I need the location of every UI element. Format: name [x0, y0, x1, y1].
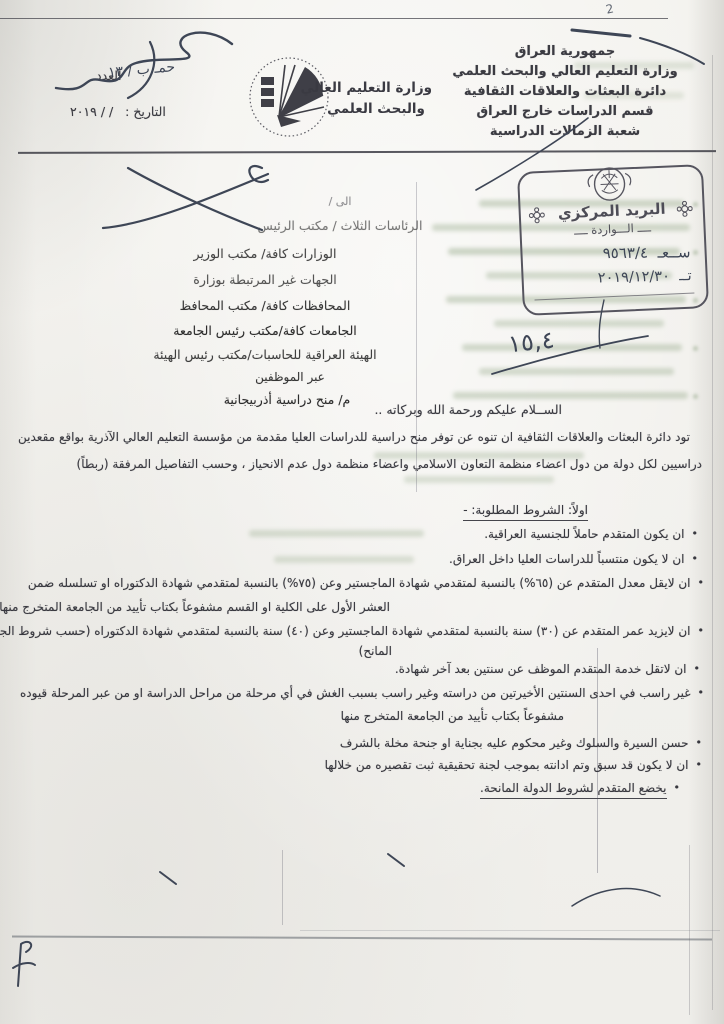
pen-dash — [388, 854, 404, 866]
requirement-item: يخضع المتقدم لشروط الدولة المانحة. — [480, 781, 680, 795]
pen-dash — [160, 872, 176, 884]
crossout-scrawl — [249, 166, 268, 182]
logo-wordmark-line1: وزارة التعليم العالي — [320, 78, 432, 99]
distribution-line: عبر الموظفين — [115, 370, 465, 384]
letterhead-country: جمهورية العراق — [430, 42, 700, 62]
crease-line — [300, 930, 720, 931]
pen-mark-f — [13, 942, 35, 986]
stamp-date-value: ٢٠١٩/١٢/٣٠ — [598, 269, 670, 287]
requirement-item: غير راسب في احدى السنتين الأخيرتين من در… — [20, 686, 704, 700]
requirement-item: ان يكون المتقدم حاملاً للجنسية العراقية. — [484, 527, 698, 541]
letterhead-section: قسم الدراسات خارج العراق — [430, 102, 700, 122]
date-label: التاريخ : — [125, 104, 166, 119]
requirements-heading: اولاً: الشروط المطلوبة: - — [463, 503, 588, 517]
letterhead-division: شعبة الزمالات الدراسية — [430, 122, 700, 142]
requirement-item: ان لا يكون منتسباً للدراسات العليا داخل … — [449, 552, 698, 566]
postal-stamp: البريد المركزي ــــ الـــواردة ــــ ســع… — [517, 164, 709, 316]
stamp-date-handwritten: تــ ٢٠١٩/١٢/٣٠ — [533, 268, 691, 288]
requirement-item: ان لايقل معدل المتقدم عن (٦٥%) بالنسبة ل… — [28, 576, 704, 590]
bleed-through-artifact — [494, 320, 664, 327]
bleed-through-artifact — [249, 530, 424, 537]
bleed-through-artifact — [693, 346, 698, 351]
letterhead-block: جمهورية العراق وزارة التعليم العالي والب… — [430, 42, 700, 142]
stamp-emblem-icon — [587, 163, 633, 205]
stamp-date-prefix: تــ — [679, 268, 692, 284]
fold-line — [282, 850, 283, 925]
bleed-through-artifact — [479, 368, 674, 375]
bleed-through-artifact — [693, 394, 698, 399]
pen-dash — [572, 30, 630, 36]
recipient-line: الوزارات كافة/ مكتب الوزير — [90, 246, 440, 261]
stamp-number-handwritten: ســعـ ٩٥٦٣/٤ — [536, 243, 690, 262]
requirement-item-continuation: العشر الأول على الكلية او القسم مشفوعاً … — [0, 600, 390, 614]
stamp-number-value: ٩٥٦٣/٤ — [603, 244, 648, 262]
requirement-item: ان لاتقل خدمة المتقدم الموظف عن سنتين بع… — [395, 662, 700, 676]
requirement-item: ان لايزيد عمر المتقدم عن (٣٠) سنة بالنسب… — [0, 624, 704, 638]
date-row: التاريخ : / / ٢٠١٩ — [70, 104, 166, 119]
reference-mark-handwritten: ١٥,٤ — [507, 326, 556, 359]
recipient-line: الجهات غير المرتبطة بوزارة — [90, 272, 440, 287]
date-value: / / ٢٠١٩ — [70, 104, 113, 119]
recipient-line: الهيئة العراقية للحاسبات/مكتب رئيس الهيئ… — [90, 347, 440, 362]
requirement-item-continuation: مشفوعاً بكتاب تأييد من الجامعة المتخرج م… — [341, 709, 564, 723]
greeting-line: الســلام عليكم ورحمة الله وبركاته .. — [374, 402, 562, 417]
requirement-item-continuation: المانح) — [359, 644, 392, 658]
scan-edge-line — [0, 18, 668, 19]
paper-edge-line — [712, 55, 713, 1010]
recipient-line: الرئاسات الثلاث / مكتب الرئيس — [160, 218, 520, 233]
letterhead-department: دائرة البعثات والعلاقات الثقافية — [430, 82, 700, 102]
recipient-line: المحافظات كافة/ مكتب المحافظ — [90, 298, 440, 313]
letterhead-ministry: وزارة التعليم العالي والبحث العلمي — [430, 62, 700, 82]
logo-wordmark: وزارة التعليم العالي والبحث العلمي — [320, 78, 432, 120]
pen-arc — [572, 889, 660, 906]
requirement-item: ان لا يكون قد سبق وتم ادانته بموجب لجنة … — [325, 758, 702, 772]
crease-line — [12, 935, 712, 940]
requirement-item: حسن السيرة والسلوك وغير محكوم عليه بجناي… — [340, 736, 702, 750]
recipient-line: الجامعات كافة/مكتب رئيس الجامعة — [90, 323, 440, 338]
bleed-through-artifact — [462, 344, 682, 351]
scanned-letter-page: جمهورية العراق وزارة التعليم العالي والب… — [0, 0, 724, 1024]
bleed-through-artifact — [453, 392, 688, 399]
to-label: الى / — [160, 195, 520, 208]
stamp-number-prefix: ســعـ — [657, 243, 690, 261]
bleed-through-artifact — [274, 556, 414, 563]
stamp-footer-line — [535, 293, 695, 301]
header-divider-rule — [18, 150, 716, 154]
corner-mark: 2 — [605, 1, 615, 16]
number-handwritten: حمـ ب / ١٣ — [107, 59, 175, 81]
intro-paragraph: تود دائرة البعثات والعلاقات الثقافية ان … — [18, 424, 702, 478]
logo-wordmark-line2: والبحث العلمي — [320, 99, 432, 120]
